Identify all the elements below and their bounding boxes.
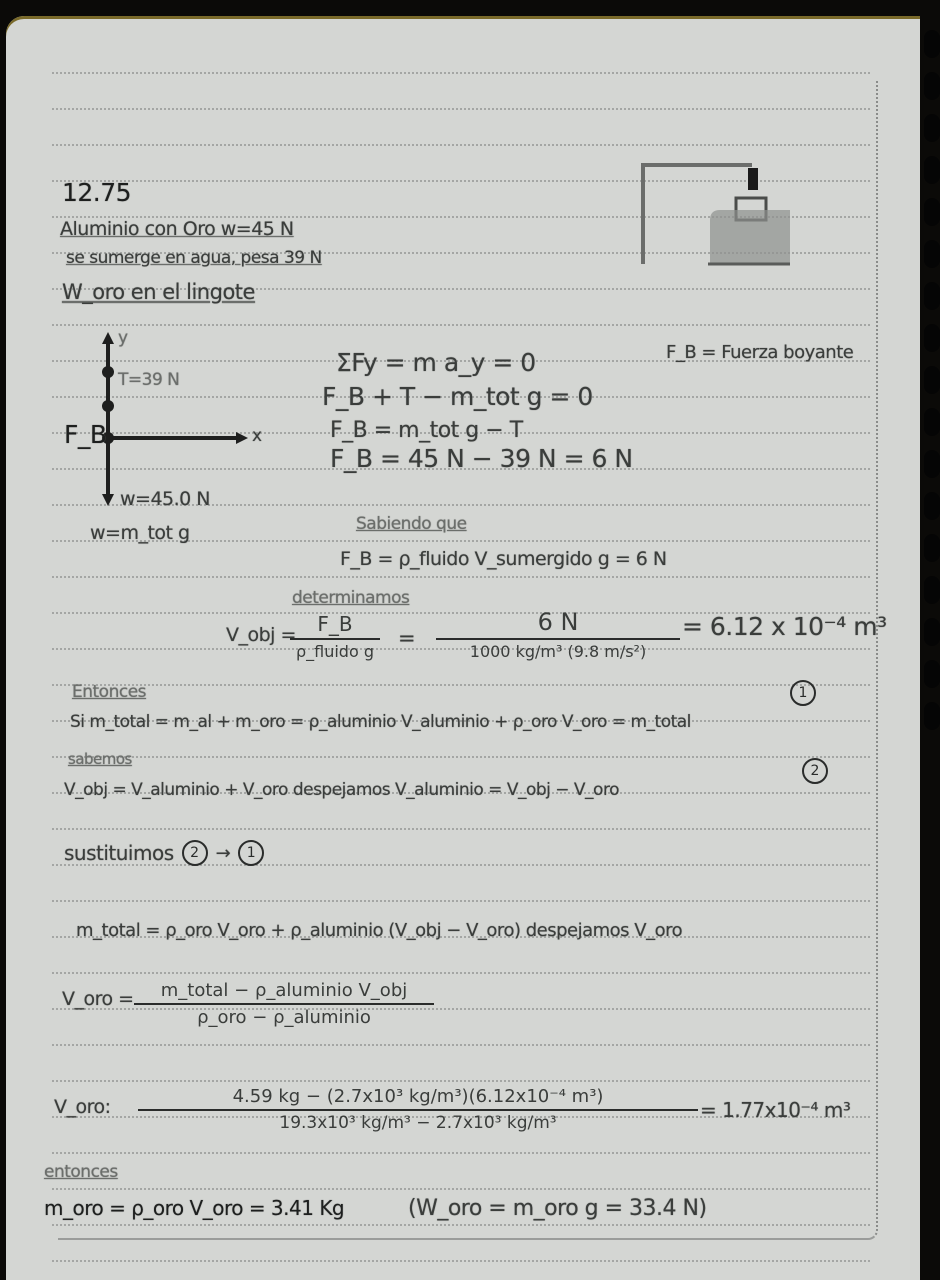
equation-line-3: F_B = m_tot g − T: [330, 418, 523, 443]
spiral-hole: [924, 366, 940, 394]
voro-numerator: m_total − ρ_aluminio V_obj: [161, 980, 408, 1001]
fbd-buoyant-label: F_B: [64, 420, 107, 449]
spiral-hole: [924, 660, 940, 688]
buoyancy-intro: Sabiendo que: [356, 514, 467, 534]
statement-line-1: Aluminio con Oro w=45 N: [60, 218, 294, 240]
problem-number: 12.75: [62, 178, 131, 207]
ruled-line: [52, 1224, 870, 1226]
fbd-x-label: x: [252, 426, 262, 446]
numeric-denominator: 19.3x10³ kg/m³ − 2.7x10³ kg/m³: [279, 1113, 556, 1133]
sabemos-label: sabemos: [68, 750, 132, 768]
vobj-frac1-numerator: F_B: [317, 612, 352, 636]
buoyant-force-note: F_B = Fuerza boyante: [666, 342, 853, 363]
buoyancy-formula: F_B = ρ_fluido V_sumergido g = 6 N: [340, 548, 667, 570]
ruled-line: [52, 1080, 870, 1082]
spiral-hole: [924, 30, 940, 58]
equation-line-4: F_B = 45 N − 39 N = 6 N: [330, 444, 633, 473]
ruled-line: [52, 828, 870, 830]
spiral-hole: [924, 156, 940, 184]
spiral-hole: [924, 408, 940, 436]
ruled-line: [52, 1152, 870, 1154]
spiral-hole: [924, 702, 940, 730]
ruled-line: [52, 144, 870, 146]
spiral-hole: [924, 240, 940, 268]
fbd-weight-definition: w=m_tot g: [90, 522, 190, 544]
vobj-label: V_obj =: [226, 624, 296, 646]
numeric-fraction: 4.59 kg − (2.7x10³ kg/m³)(6.12x10⁻⁴ m³) …: [138, 1086, 698, 1133]
spiral-hole: [924, 282, 940, 310]
entonces-label: Entonces: [72, 682, 146, 702]
ruled-line: [52, 1188, 870, 1190]
spiral-hole: [924, 534, 940, 562]
spiral-hole: [924, 618, 940, 646]
spiral-hole: [924, 198, 940, 226]
fraction-bar: [436, 638, 680, 640]
vobj-frac2-denominator: 1000 kg/m³ (9.8 m/s²): [470, 642, 646, 661]
numeric-result: = 1.77x10⁻⁴ m³: [700, 1098, 850, 1122]
ruled-line: [52, 684, 870, 686]
equation-3: m_total = ρ_oro V_oro + ρ_aluminio (V_ob…: [76, 920, 682, 941]
equation-1: Si m_total = m_al + m_oro = ρ_aluminio V…: [70, 712, 691, 732]
determine-label: determinamos: [292, 588, 409, 608]
voro-label: V_oro =: [62, 988, 134, 1010]
statement-line-3: W_oro en el lingote: [62, 280, 255, 304]
ruled-line: [52, 576, 870, 578]
spiral-hole: [924, 72, 940, 100]
spiral-hole: [924, 450, 940, 478]
equation-sum-forces: ΣFy = m a_y = 0: [336, 348, 536, 377]
substitution-from: 2: [182, 840, 208, 866]
ruled-line: [52, 900, 870, 902]
equation-line-2: F_B + T − m_tot g = 0: [322, 382, 593, 411]
ruled-line: [52, 972, 870, 974]
fraction-bar: [290, 638, 380, 640]
final-entonces-label: entonces: [44, 1162, 118, 1182]
ruled-line: [52, 756, 870, 758]
spiral-hole: [924, 114, 940, 142]
ruled-line: [52, 324, 870, 326]
free-body-diagram: [100, 330, 280, 510]
numeric-numerator: 4.59 kg − (2.7x10³ kg/m³)(6.12x10⁻⁴ m³): [233, 1086, 604, 1107]
fbd-weight-label: w=45.0 N: [120, 488, 210, 510]
fraction-bar: [138, 1109, 698, 1111]
vobj-result: = 6.12 x 10⁻⁴ m³: [682, 612, 887, 641]
equation-2-tag: 2: [802, 758, 828, 784]
spiral-hole: [924, 576, 940, 604]
equation-1-tag: 1: [790, 680, 816, 706]
voro-denominator: ρ_oro − ρ_aluminio: [197, 1007, 371, 1028]
substitution-to: 1: [238, 840, 264, 866]
fraction-bar: [134, 1003, 434, 1005]
ruled-line: [52, 1260, 870, 1262]
ruled-line: [52, 1044, 870, 1046]
spiral-hole: [924, 324, 940, 352]
substitution-line: sustituimos 2 → 1: [64, 840, 264, 866]
vobj-frac1-denominator: ρ_fluido g: [296, 642, 374, 661]
vobj-equals: =: [398, 626, 415, 650]
vobj-frac2-numerator: 6 N: [538, 608, 579, 636]
fbd-y-label: y: [118, 328, 128, 348]
fbd-tension-label: T=39 N: [118, 370, 179, 390]
arrow-icon: →: [216, 843, 231, 864]
final-weight: (W_oro = m_oro g = 33.4 N): [408, 1196, 707, 1221]
equation-2: V_obj = V_aluminio + V_oro despejamos V_…: [64, 780, 619, 800]
voro-fraction: m_total − ρ_aluminio V_obj ρ_oro − ρ_alu…: [134, 980, 434, 1028]
spiral-hole: [924, 492, 940, 520]
final-mass: m_oro = ρ_oro V_oro = 3.41 Kg: [44, 1196, 344, 1220]
ruled-line: [52, 72, 870, 74]
numeric-label: V_oro:: [54, 1096, 111, 1118]
vobj-fraction-1: F_B ρ_fluido g: [290, 612, 380, 661]
statement-line-2: se sumerge en agua, pesa 39 N: [66, 248, 322, 268]
vobj-fraction-2: 6 N 1000 kg/m³ (9.8 m/s²): [436, 608, 680, 661]
sketch-diagram: [640, 162, 820, 272]
ruled-line: [52, 108, 870, 110]
substitution-label: sustituimos: [64, 841, 174, 865]
